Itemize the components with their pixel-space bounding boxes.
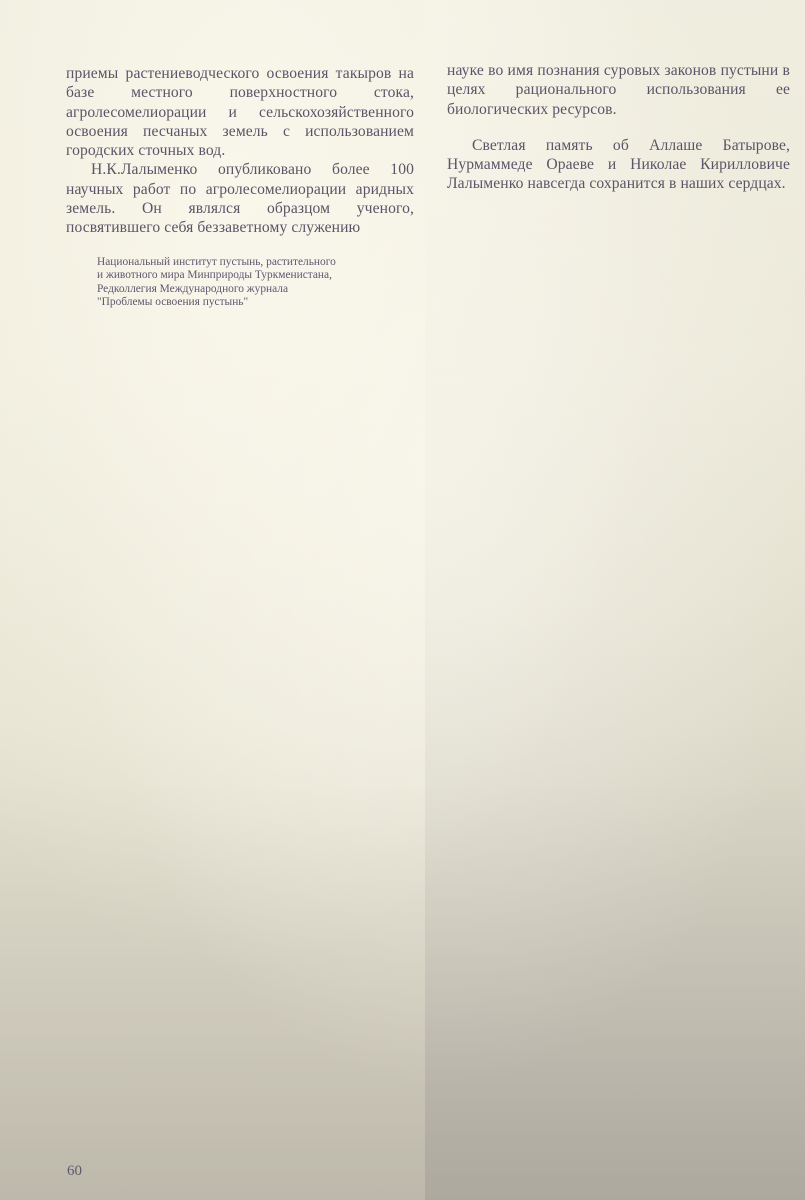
- paragraph-continuation: науке во имя познания суровых законов пу…: [447, 61, 790, 119]
- paragraph-publications: Н.К.Лалыменко опубликовано более 100 нау…: [66, 160, 414, 237]
- document-page: приемы растениеводческого освоения такыр…: [0, 0, 805, 1200]
- affiliation-line: и животного мира Минприроды Туркменистан…: [97, 269, 407, 282]
- right-column: науке во имя познания суровых законов пу…: [447, 61, 790, 194]
- page-shadow-bottom: [0, 780, 805, 1200]
- paragraph-memorial: Светлая память об Аллаше Батырове, Нурма…: [447, 136, 790, 194]
- paragraph-methods: приемы растениеводческого освоения такыр…: [66, 64, 414, 160]
- left-column: приемы растениеводческого освоения такыр…: [66, 64, 414, 238]
- page-number: 60: [67, 1163, 82, 1180]
- affiliation-line: Национальный институт пустынь, раститель…: [97, 256, 407, 269]
- affiliation-line: Редколлегия Международного журнала: [97, 283, 407, 296]
- affiliation-block: Национальный институт пустынь, раститель…: [97, 256, 407, 309]
- affiliation-line: "Проблемы освоения пустынь": [97, 296, 407, 309]
